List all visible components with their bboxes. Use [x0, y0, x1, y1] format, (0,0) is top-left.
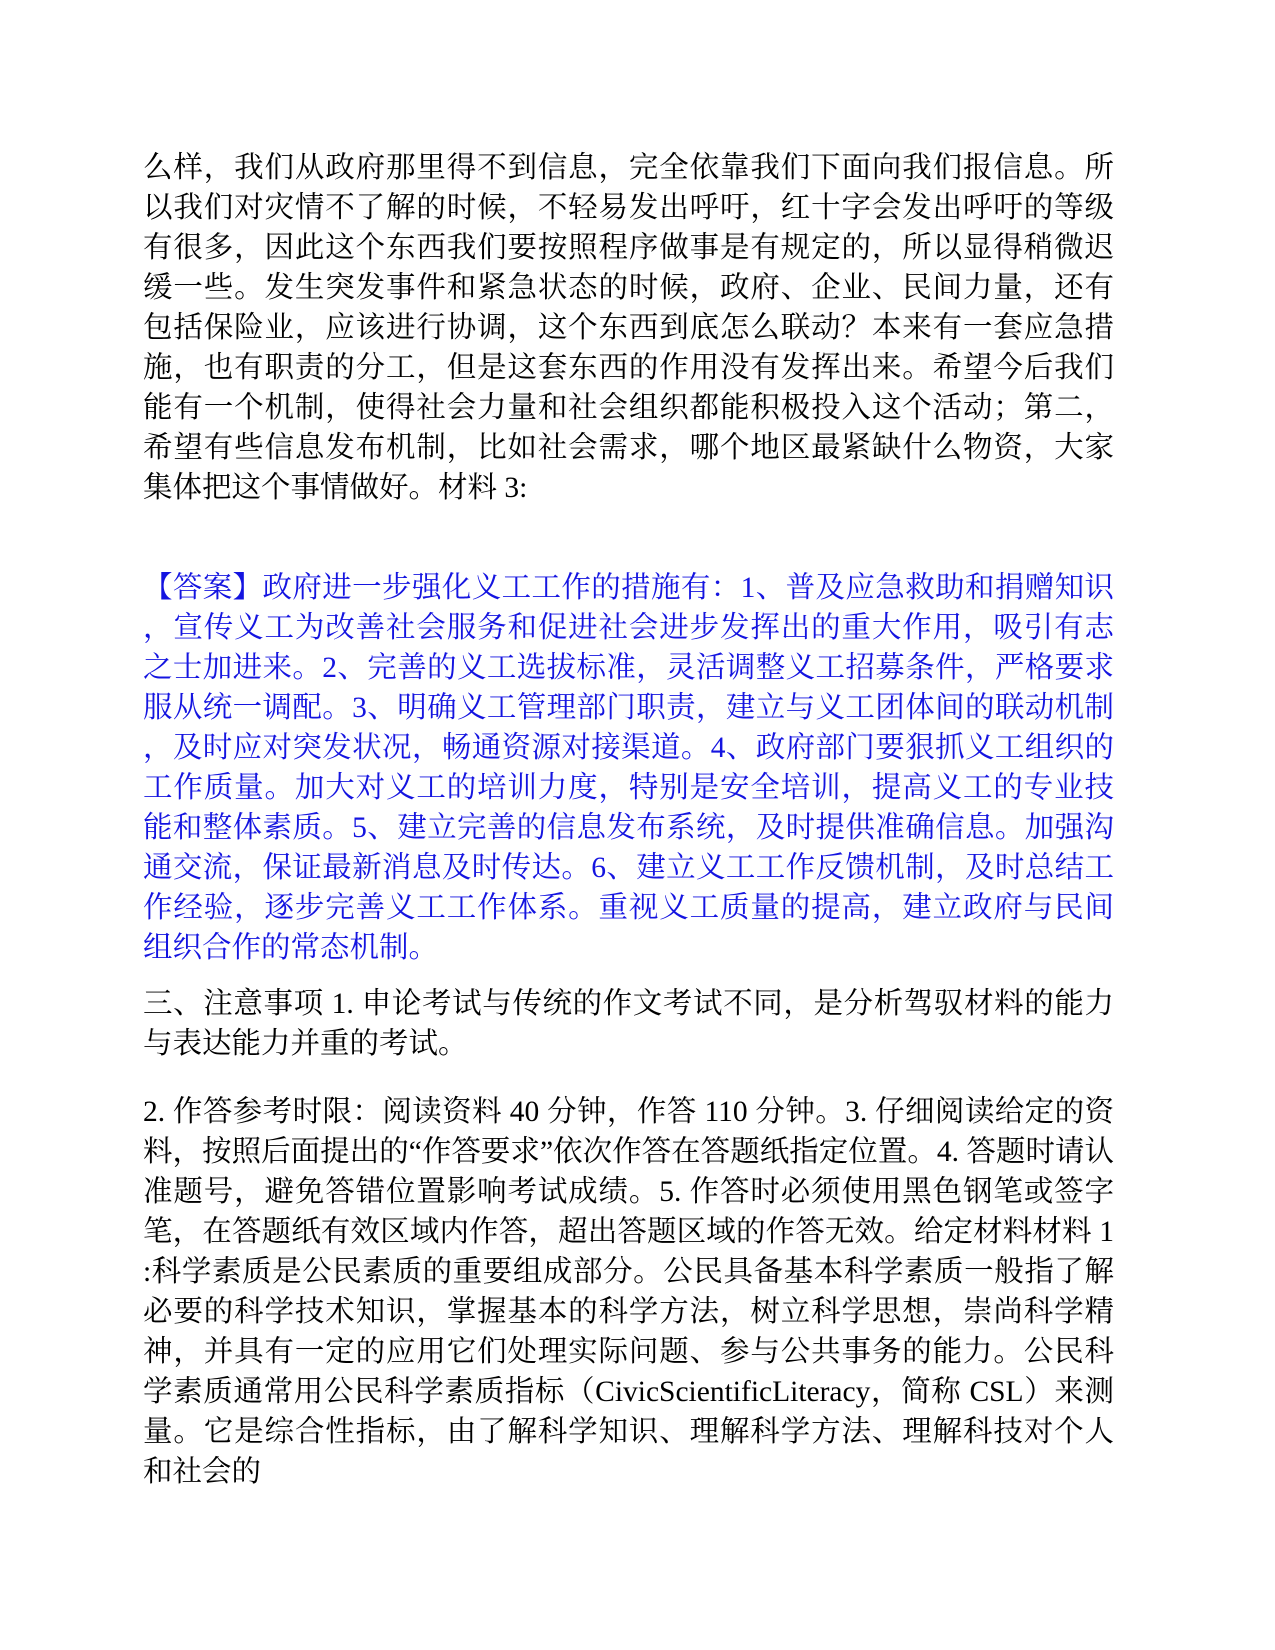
paragraph-notes-heading: 三、注意事项 1. 申论考试与传统的作文考试不同，是分析驾驭材料的能力与表达能力… [143, 984, 1114, 1064]
paragraph-answer: 【答案】政府进一步强化义工工作的措施有：1、普及应急救助和捐赠知识，宣传义工为改… [143, 568, 1114, 968]
paragraph-notes-detail: 2. 作答参考时限：阅读资料 40 分钟，作答 110 分钟。3. 仔细阅读给定… [143, 1092, 1114, 1492]
document-page: 么样，我们从政府那里得不到信息，完全依靠我们下面向我们报信息。所以我们对灾情不了… [0, 0, 1275, 1650]
paragraph-material-2-continuation: 么样，我们从政府那里得不到信息，完全依靠我们下面向我们报信息。所以我们对灾情不了… [143, 148, 1114, 508]
